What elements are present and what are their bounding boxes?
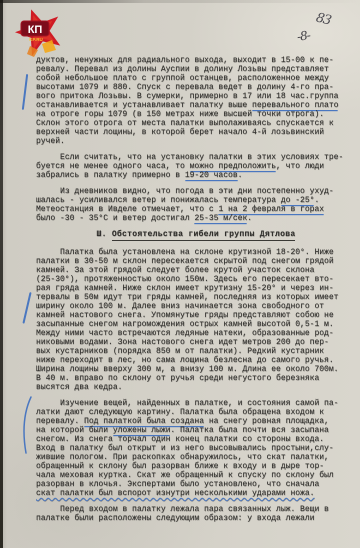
typed-page-number: -8- (296, 28, 311, 44)
paragraph-slope-description: Палатка была установлена на склоне крути… (36, 248, 356, 392)
pen-underline: до -25° (281, 196, 315, 205)
paragraph-weather: Из дневников видно, что погода в эти дни… (36, 187, 356, 223)
section-heading: Ш. Обстоятельства гибели группы Дятлова (36, 230, 356, 239)
paragraph-tent-contents: Перед входом в палатку лежала пара связа… (36, 505, 356, 523)
paragraph-tent-findings: Изучение вещей, найденных в палатке, и с… (36, 399, 356, 498)
scan-edge-top (0, 0, 360, 3)
pen-underline: Под палаткой была создана (84, 417, 204, 426)
pen-underline: можно предположить (190, 162, 276, 171)
kp-star-logo: КП KP.RU (12, 6, 66, 60)
logo-kp-text: КП (28, 24, 43, 36)
logo-sub-text: KP.RU (29, 37, 42, 42)
pen-margin-line-2 (22, 292, 32, 324)
pen-margin-line-1 (22, 74, 29, 110)
pen-underline: скат палатки был вспорот изнутри несколь… (36, 489, 314, 498)
pen-margin-line-3 (21, 396, 33, 454)
scan-edge-left (0, 0, 3, 548)
scanned-document-page: КП KP.RU 83 -8- дуктов, ненужных для рад… (0, 0, 360, 548)
red-star-icon: КП KP.RU (12, 6, 66, 60)
document-body: дуктов, ненужных для радиального выхода,… (36, 56, 356, 530)
paragraph-tent-time: Если считать, что на установку палатки в… (36, 153, 356, 180)
pen-underline: 25-35 м/сек (194, 214, 247, 223)
pen-underline: 1 на 2 февраля в горах (218, 205, 324, 214)
paragraph-approach-pass: дуктов, ненужных для радиального выхода,… (36, 56, 356, 146)
pen-underline: уложены лыжи (113, 426, 171, 435)
pen-underline: перевального плато (252, 101, 338, 110)
handwritten-page-number: 83 (314, 10, 332, 28)
pen-curve-stroke (21, 396, 33, 454)
section-number: Ш. (97, 230, 107, 239)
pen-underline: 19-20 часов (185, 171, 238, 180)
section-title: Обстоятельства гибели группы Дятлова (112, 230, 296, 241)
